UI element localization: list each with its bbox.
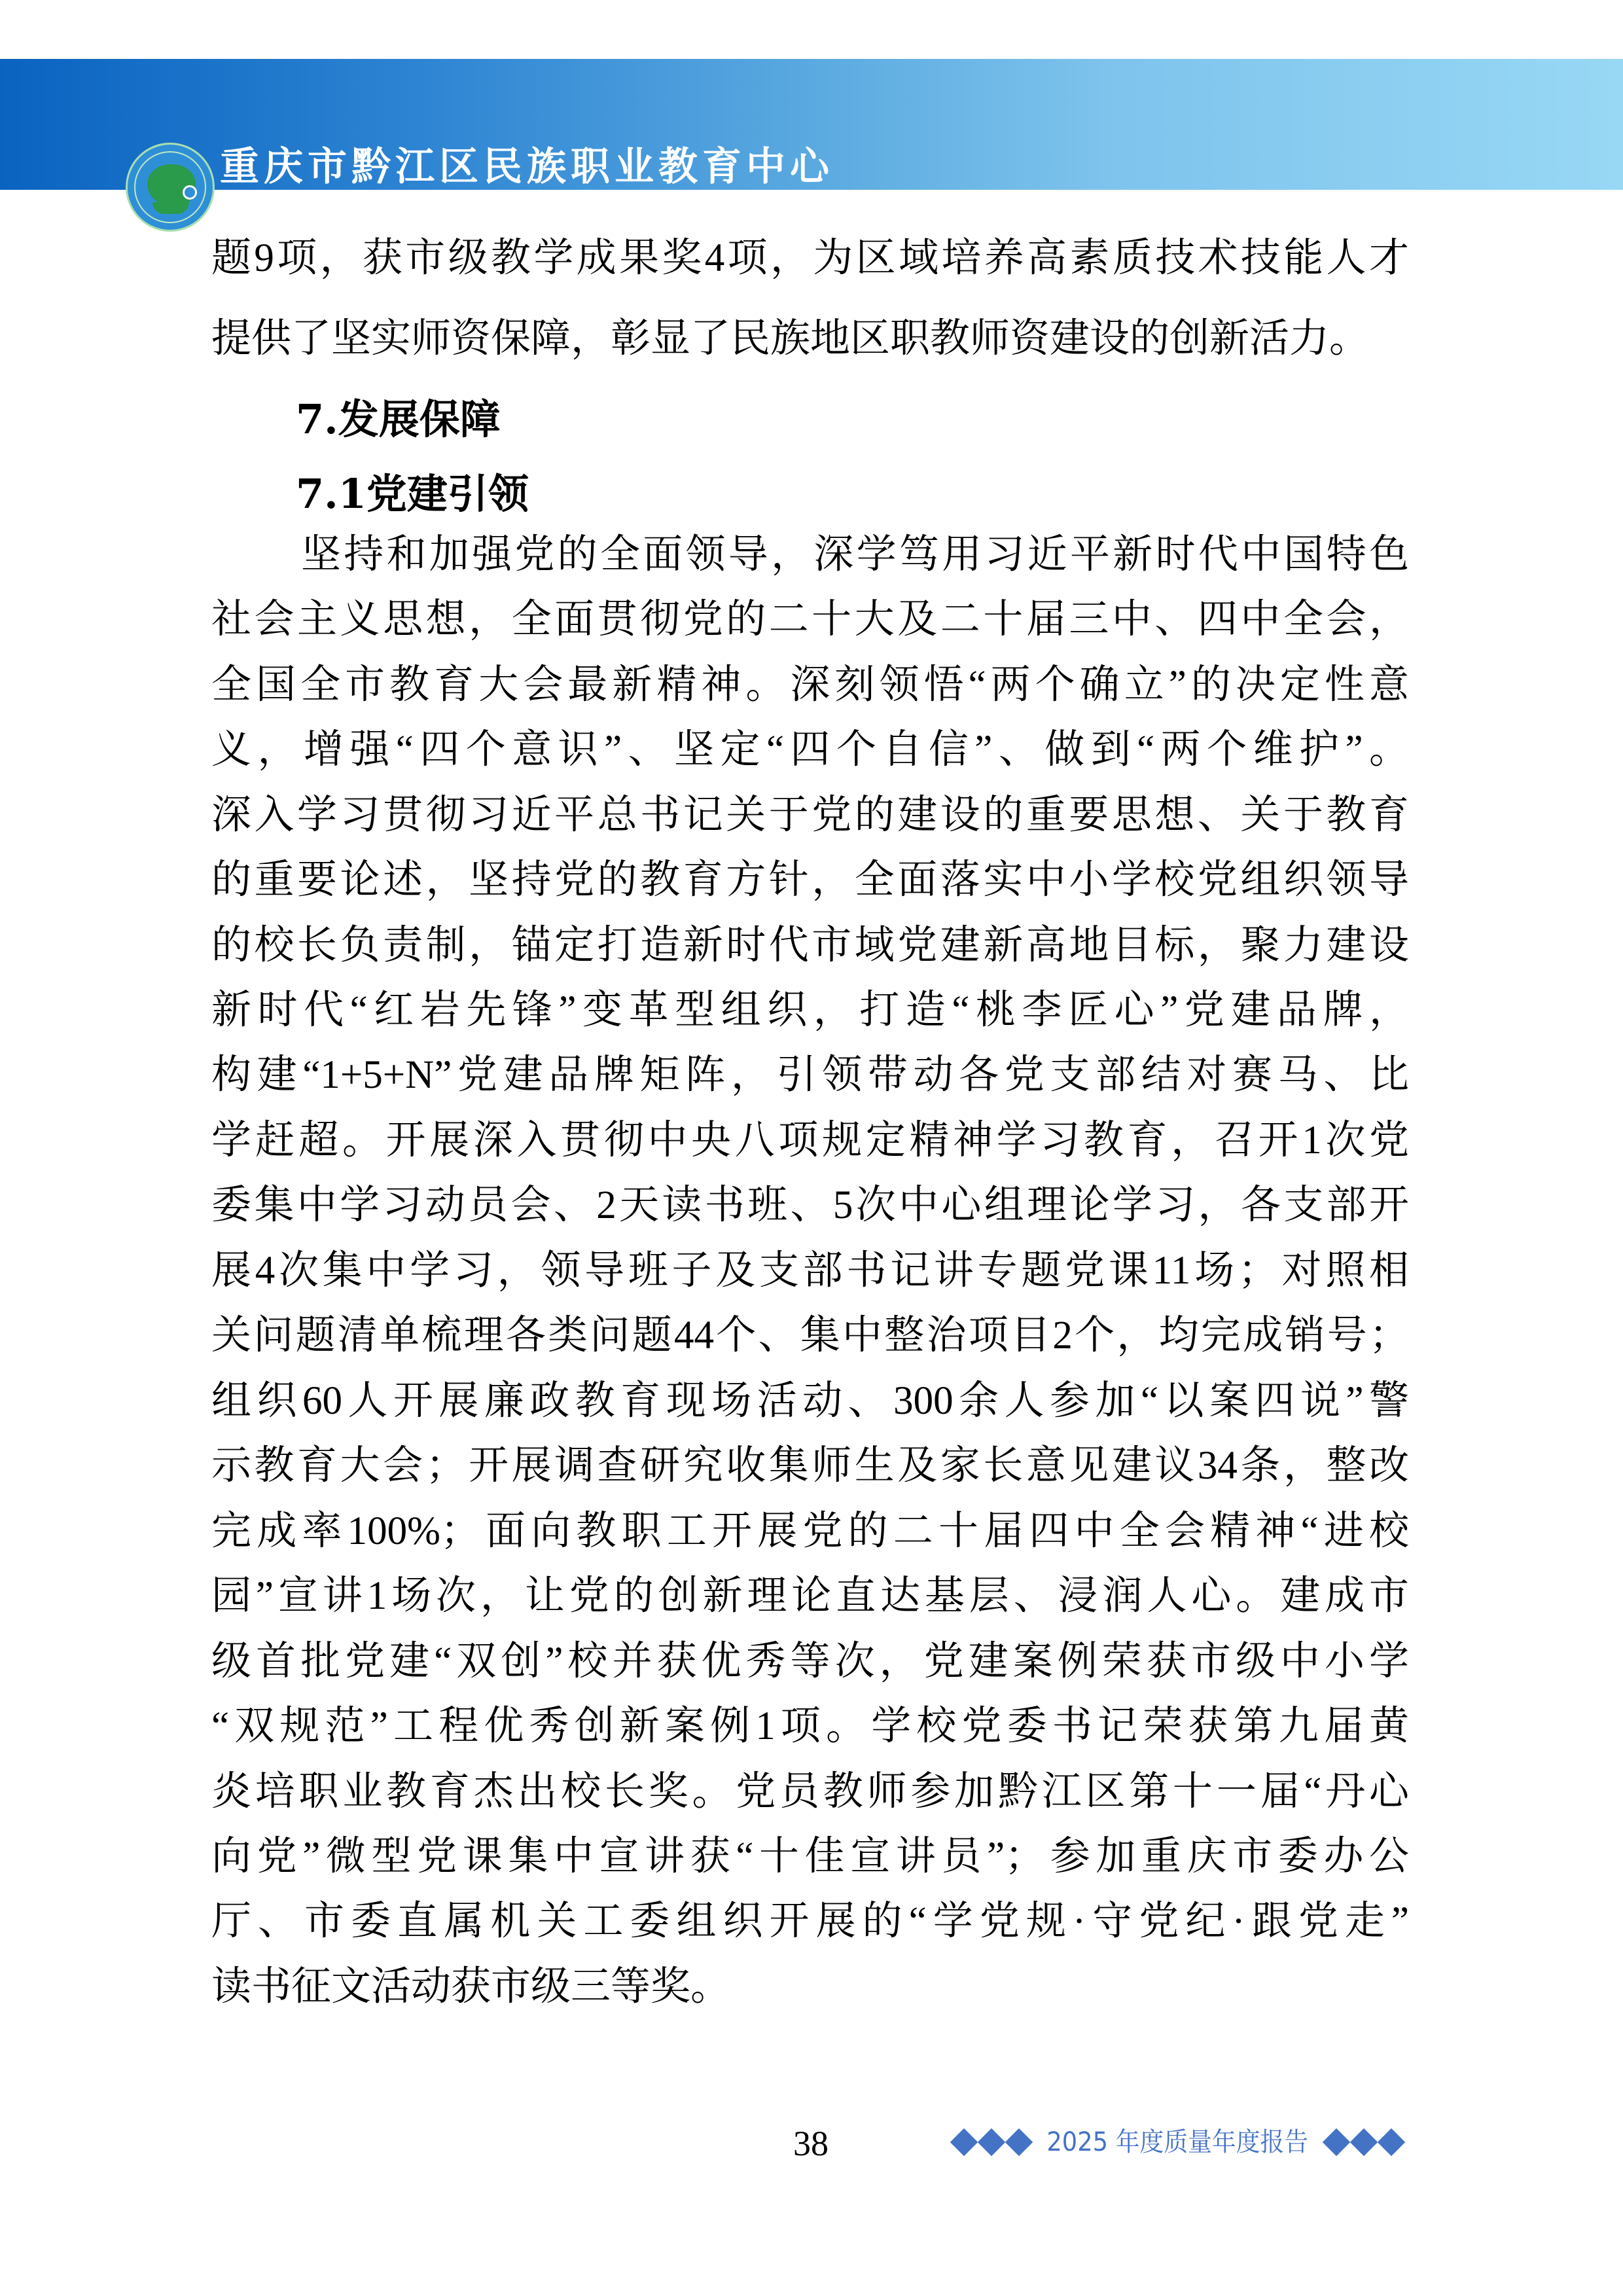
section-heading: 7.发展保障 <box>296 397 501 442</box>
page-number: 38 <box>793 2126 829 2161</box>
paragraph-line: “双规范”工程优秀创新案例1项。学校党委书记荣获第九届黄 <box>211 1704 1409 1749</box>
paragraph-line: 关问题清单梳理各类问题44个、集中整治项目2个，均完成销号； <box>211 1313 1409 1359</box>
report-title: 2025 年度质量年度报告 <box>1046 2126 1308 2159</box>
paragraph-line: 深入学习贯彻习近平总书记关于党的建设的重要思想、关于教育 <box>211 793 1409 838</box>
intro-line-1: 题9项，获市级教学成果奖4项，为区域培养高素质技术技能人才 <box>211 236 1409 281</box>
paragraph-line: 读书征文活动获市级三等奖。 <box>211 1964 1409 2010</box>
paragraph-line: 新时代“红岩先锋”变革型组织，打造“桃李匠心”党建品牌， <box>211 988 1409 1033</box>
paragraph-line: 全国全市教育大会最新精神。深刻领悟“两个确立”的决定性意 <box>211 662 1409 708</box>
paragraph-line: 示教育大会；开展调查研究收集师生及家长意见建议34条，整改 <box>211 1443 1409 1489</box>
intro-line-2: 提供了坚实师资保障，彰显了民族地区职教师资建设的创新活力。 <box>211 316 1409 362</box>
diamond-icon <box>1349 2128 1377 2156</box>
paragraph-line: 炎培职业教育杰出校长奖。党员教师参加黔江区第十一届“丹心 <box>211 1769 1409 1815</box>
paragraph-line: 委集中学习动员会、2天读书班、5次中心组理论学习，各支部开 <box>211 1183 1409 1229</box>
institution-name-cn: 重庆市黔江区民族职业教育中心 <box>220 143 834 191</box>
header-banner: 重庆市黔江区民族职业教育中心 CHONGQING SHI QIANJIANG Q… <box>0 59 1623 190</box>
institution-name-en: CHONGQING SHI QIANJIANG QU MINZU ZHIYE J… <box>221 199 715 221</box>
paragraph-line: 园”宣讲1场次，让党的创新理论直达基层、浸润人心。建成市 <box>211 1573 1409 1619</box>
paragraph-line: 社会主义思想，全面贯彻党的二十大及二十届三中、四中全会， <box>211 597 1409 643</box>
paragraph-line: 展4次集中学习，领导班子及支部书记讲专题党课11场；对照相 <box>211 1248 1409 1294</box>
paragraph-line: 的校长负责制，锚定打造新时代市域党建新高地目标，聚力建设 <box>211 923 1409 969</box>
school-emblem-icon <box>126 143 215 232</box>
emblem-dot <box>183 185 197 200</box>
diamond-icon <box>978 2128 1005 2156</box>
diamond-icon <box>1377 2128 1404 2156</box>
diamond-icon <box>950 2128 978 2156</box>
diamond-icon <box>1005 2128 1033 2156</box>
diamond-icon <box>1322 2128 1349 2156</box>
subsection-heading: 7.1党建引领 <box>296 471 529 517</box>
paragraph-line: 学赶超。开展深入贯彻中央八项规定精神学习教育，召开1次党 <box>211 1118 1409 1164</box>
paragraph-line: 义，增强“四个意识”、坚定“四个自信”、做到“两个维护”。 <box>211 727 1409 773</box>
paragraph-line: 向党”微型党课集中宣讲获“十佳宣讲员”；参加重庆市委办公 <box>211 1834 1409 1880</box>
paragraph-line: 组织60人开展廉政教育现场活动、300余人参加“以案四说”警 <box>211 1378 1409 1424</box>
paragraph-line: 完成率100%；面向教职工开展党的二十届四中全会精神“进校 <box>211 1509 1409 1554</box>
paragraph-line: 级首批党建“双创”校并获优秀等次，党建案例荣获市级中小学 <box>211 1639 1409 1685</box>
paragraph-line: 构建“1+5+N”党建品牌矩阵，引领带动各党支部结对赛马、比 <box>211 1052 1409 1098</box>
paragraph-line: 坚持和加强党的全面领导，深学笃用习近平新时代中国特色 <box>301 532 1409 578</box>
paragraph-line: 的重要论述，坚持党的教育方针，全面落实中小学校党组织领导 <box>211 857 1409 903</box>
report-footer: 2025 年度质量年度报告 <box>950 2126 1405 2159</box>
paragraph-line: 厅、市委直属机关工委组织开展的“学党规·守党纪·跟党走” <box>211 1899 1409 1945</box>
